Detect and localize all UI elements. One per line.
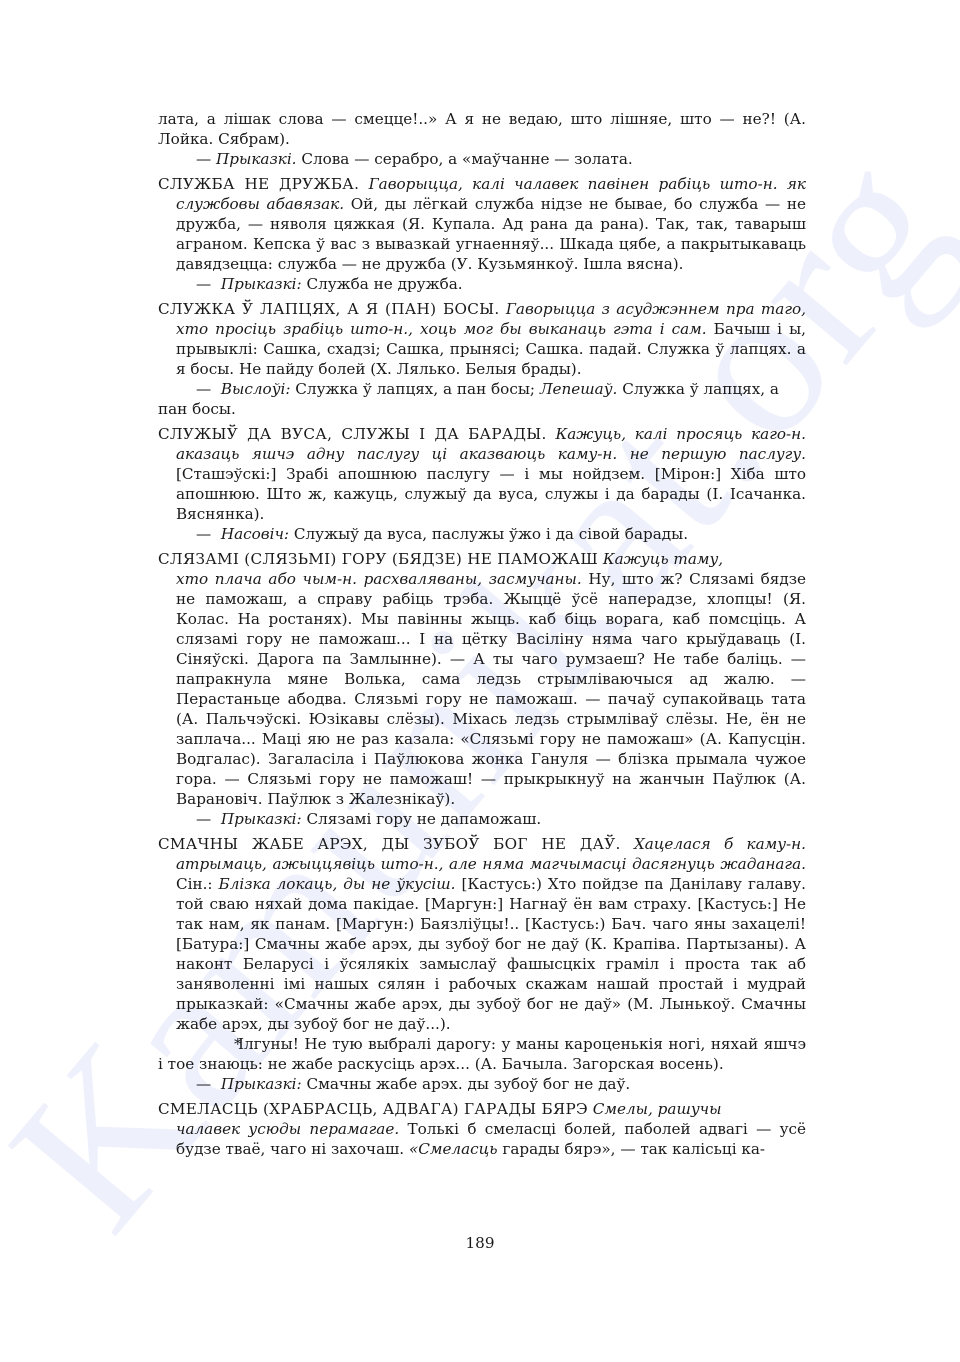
- extra-example: *Ілгуны! Не тую выбралі дарогу: у маны к…: [158, 1034, 806, 1074]
- page-number: 189: [0, 1234, 960, 1252]
- quote-italic: «Смеласць: [409, 1140, 498, 1158]
- proverb-reference: — Прыказкі: Служба не дружба.: [158, 274, 806, 294]
- ref-text: Служба не дружба.: [302, 275, 463, 293]
- dictionary-entry: СЛЯЗАМІ (СЛЯЗЬМІ) ГОРУ (БЯДЗЕ) НЕ ПАМОЖА…: [158, 549, 806, 809]
- examples: Ну, што ж? Слязамі бядзе не паможаш, а с…: [176, 570, 806, 808]
- ref-text: Слязамі гору не дапаможаш.: [302, 810, 542, 828]
- headword: СЛУЖБА НЕ ДРУЖБА.: [158, 175, 359, 193]
- ref-text: Смачны жабе арэх. ды зубоў бог не даў.: [302, 1075, 631, 1093]
- proverb-reference: — Прыказкі: Смачны жабе арэх. ды зубоў б…: [158, 1074, 806, 1094]
- headword: СМАЧНЫ ЖАБЕ АРЭХ, ДЫ ЗУБОЎ БОГ НЕ ДАЎ.: [158, 835, 621, 853]
- definition-start: Смелы, рашучы: [593, 1100, 722, 1118]
- ref-label: Прыказкі:: [221, 1075, 302, 1093]
- definition-start: Кажуць таму,: [603, 550, 723, 568]
- ref-label: Прыказкі:: [221, 275, 302, 293]
- proverb-reference: — Прыказкі. Слова — серабро, а «маўчанне…: [158, 149, 806, 169]
- synonym-label: Сін.:: [176, 875, 219, 893]
- ref-label: Прыказкі:: [221, 810, 302, 828]
- proverb-reference: — Выслоўі: Служка ў лапцях, а пан босы; …: [158, 379, 806, 419]
- ref-text: Служка ў лапцях, а пан босы;: [290, 380, 539, 398]
- continued-paragraph: лата, а лішак слова — смецце!..» А я не …: [158, 109, 806, 149]
- headword: СМЕЛАСЦЬ (ХРАБРАСЦЬ, АДВАГА) ГАРАДЫ БЯРЭ: [158, 1100, 588, 1118]
- definition: хто плача або чым-н. расхваляваны, засму…: [176, 570, 582, 588]
- proverb-reference: — Прыказкі: Слязамі гору не дапаможаш.: [158, 809, 806, 829]
- headword: СЛЯЗАМІ (СЛЯЗЬМІ) ГОРУ (БЯДЗЕ) НЕ ПАМОЖА…: [158, 550, 598, 568]
- extra-example-text: Ілгуны! Не тую выбралі дарогу: у маны ка…: [158, 1035, 806, 1073]
- asterisk-marker: *: [196, 1034, 238, 1054]
- book-page: лата, а лішак слова — смецце!..» А я не …: [158, 109, 806, 1159]
- ref-text: Слова — серабро, а «маўчанне — золата.: [297, 150, 633, 168]
- dictionary-entry: СМЕЛАСЦЬ (ХРАБРАСЦЬ, АДВАГА) ГАРАДЫ БЯРЭ…: [158, 1099, 806, 1159]
- ref-label: Насовіч:: [221, 525, 289, 543]
- dictionary-entry: СЛУЖЫЎ ДА ВУСА, СЛУЖЫ І ДА БАРАДЫ. Кажуц…: [158, 424, 806, 524]
- quote-rest: гарады бярэ», — так калісьці ка-: [498, 1140, 766, 1158]
- dictionary-entry: СЛУЖКА Ў ЛАПЦЯХ, А Я (ПАН) БОСЫ. Гаворыц…: [158, 299, 806, 379]
- ref-label: Лепешаў.: [540, 380, 618, 398]
- dictionary-entry: СМАЧНЫ ЖАБЕ АРЭХ, ДЫ ЗУБОЎ БОГ НЕ ДАЎ. Х…: [158, 834, 806, 1034]
- definition: чалавек усюды перамагае.: [176, 1120, 399, 1138]
- headword: СЛУЖКА Ў ЛАПЦЯХ, А Я (ПАН) БОСЫ.: [158, 300, 499, 318]
- synonym: Блізка локаць, ды не ўкусіш.: [219, 875, 456, 893]
- examples: [Кастусь:) Хто пойдзе па Данілаву галаву…: [176, 875, 806, 1033]
- ref-text: Служыў да вуса, паслужы ўжо і да сівой б…: [289, 525, 688, 543]
- ref-label: Выслоўі:: [221, 380, 291, 398]
- ref-label: Прыказкі.: [216, 150, 297, 168]
- headword: СЛУЖЫЎ ДА ВУСА, СЛУЖЫ І ДА БАРАДЫ.: [158, 425, 547, 443]
- examples: [Сташэўскі:] Зрабі апошнюю паслугу — і м…: [176, 465, 806, 523]
- dictionary-entry: СЛУЖБА НЕ ДРУЖБА. Гаворыцца, калі чалаве…: [158, 174, 806, 274]
- proverb-reference: — Насовіч: Служыў да вуса, паслужы ўжо і…: [158, 524, 806, 544]
